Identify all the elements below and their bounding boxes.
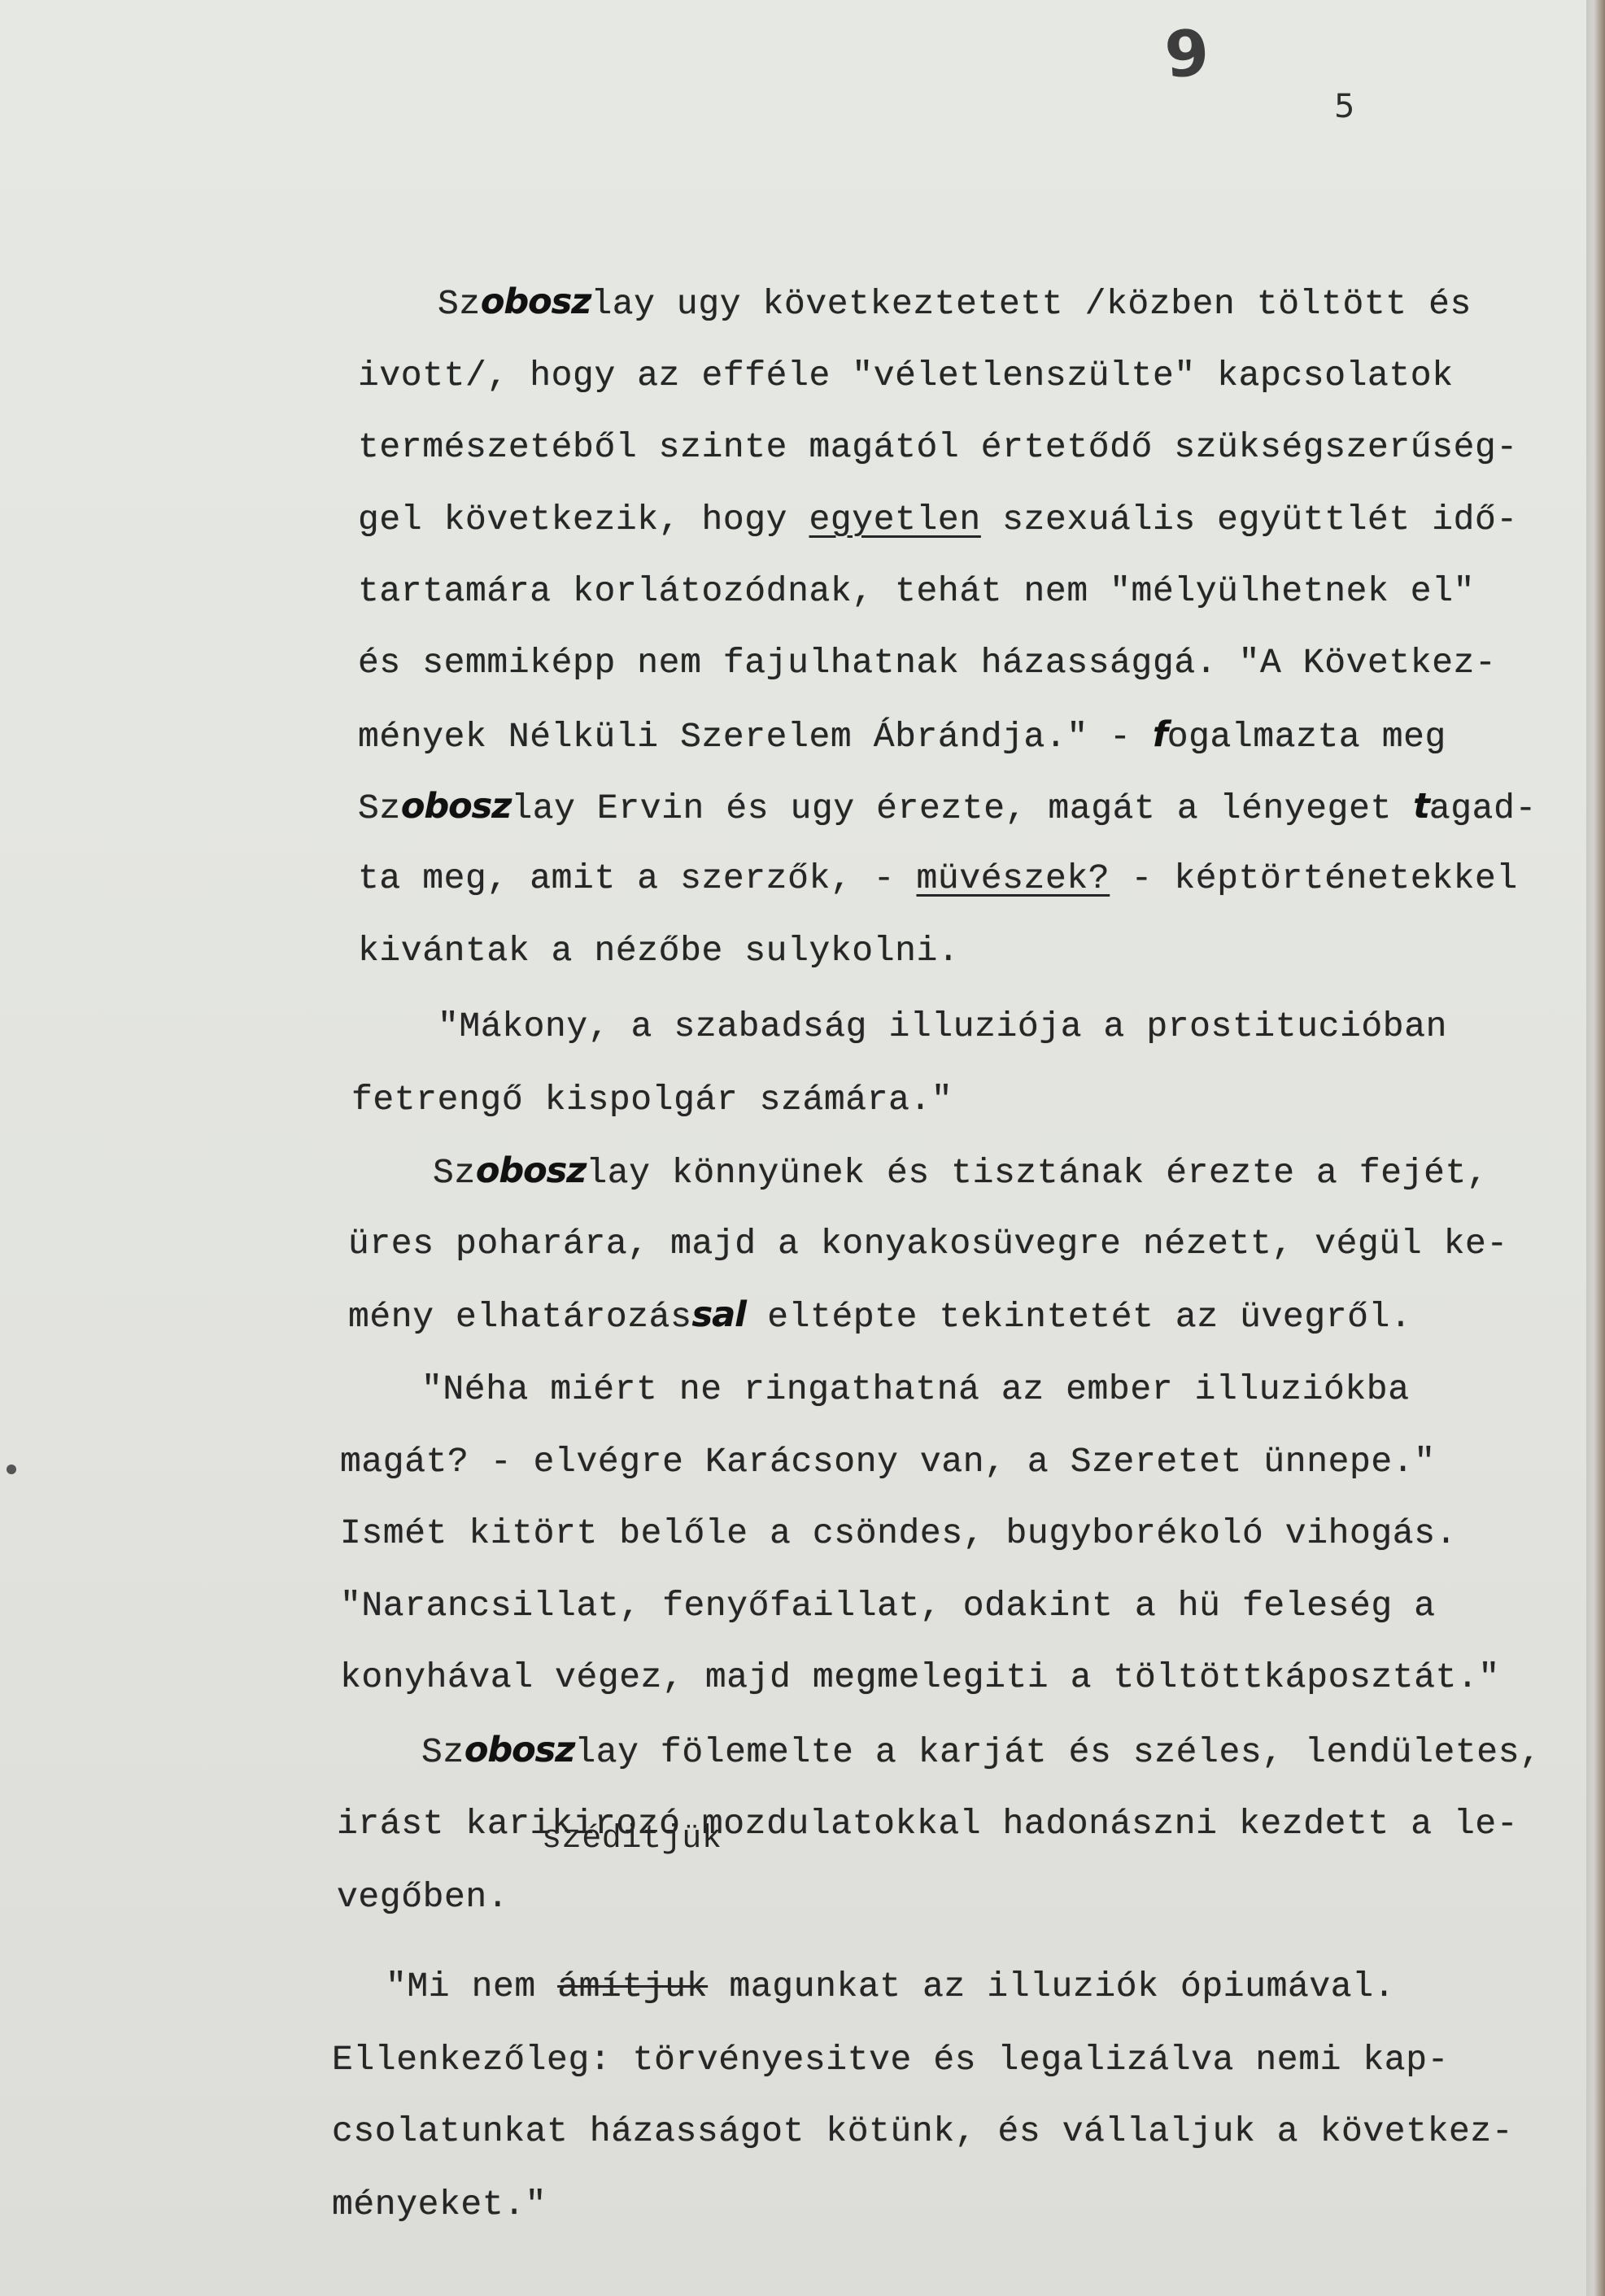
text-line: "Mákony, a szabadság illuziója a prostit…: [438, 1009, 1447, 1044]
text-line: mény elhatározással eltépte tekintetét a…: [348, 1298, 1411, 1334]
interlinear-insertion: széditjük: [542, 1821, 722, 1857]
page-number: 5: [1334, 88, 1354, 125]
typed-text: gel következik, hogy: [358, 500, 809, 539]
text-line: és semmiképp nem fajulhatnak házassággá.…: [358, 645, 1496, 680]
typed-text: szexuális együttlét idő-: [981, 500, 1518, 539]
handwritten-correction: sal: [691, 1294, 745, 1335]
text-line: Szoboszlay fölemelte a karját és széles,…: [421, 1733, 1542, 1770]
handwritten-correction: obosz: [481, 282, 591, 322]
text-line: kivántak a nézőbe sulykolni.: [358, 933, 959, 968]
ink-speck: [7, 1464, 16, 1474]
text-line: ivott/, hogy az efféle "véletlenszülte" …: [358, 358, 1454, 393]
manuscript-page: 9 5 Szoboszlay ugy következtetett /közbe…: [0, 0, 1586, 2296]
typed-text: lay ugy következtetett /közben töltött é…: [591, 284, 1472, 324]
handwritten-correction: obosz: [401, 786, 512, 827]
text-line: csolatunkat házasságot kötünk, és vállal…: [332, 2114, 1513, 2149]
typed-text: agad-: [1429, 788, 1537, 828]
text-line: vegőben.: [337, 1879, 508, 1914]
text-line: irást karikirozó mozdulatokkal hadonászn…: [337, 1806, 1518, 1841]
typed-text: Sz: [421, 1732, 464, 1772]
typed-text: lay fölemelte a karját és széles, lendül…: [574, 1732, 1541, 1772]
text-line: konyhával végez, majd megmelegiti a tölt…: [340, 1660, 1500, 1695]
text-line: természetéből szinte magától értetődő sz…: [358, 430, 1518, 465]
typed-text: Sz: [358, 788, 401, 828]
text-line: "Mi nem ámítjuk magunkat az illuziók ópi…: [386, 1969, 1395, 2004]
typed-text: magunkat az illuziók ópiumával.: [708, 1966, 1395, 2006]
underlined-word: müvészek?: [917, 858, 1110, 898]
typed-text: Sz: [438, 284, 481, 324]
typed-text: mény elhatározás: [348, 1297, 691, 1337]
handwritten-correction: obosz: [476, 1150, 587, 1191]
archive-number: 9: [1162, 16, 1211, 93]
text-line: magát? - elvégre Karácsony van, a Szeret…: [340, 1444, 1436, 1479]
text-line: Szoboszlay Ervin és ugy érezte, magát a …: [358, 789, 1537, 826]
typed-text: ogalmazta meg: [1167, 717, 1446, 757]
typed-text: ta meg, amit a szerzők, -: [358, 858, 917, 898]
typed-text: - képtörténetekkel: [1110, 858, 1518, 898]
text-line: gel következik, hogy egyetlen szexuális …: [358, 502, 1518, 537]
text-line: fetrengő kispolgár számára.": [351, 1082, 953, 1117]
text-line: "Narancsillat, fenyőfaillat, odakint a h…: [340, 1588, 1436, 1623]
typed-text: eltépte tekintetét az üvegről.: [746, 1297, 1412, 1337]
handwritten-correction: t: [1413, 786, 1429, 827]
text-line: Szoboszlay ugy következtetett /közben tö…: [438, 285, 1472, 321]
text-line: "Néha miért ne ringathatná az ember illu…: [421, 1372, 1410, 1407]
typed-text: lay Ervin és ugy érezte, magát a lényege…: [511, 788, 1413, 828]
underlined-word: egyetlen: [809, 500, 981, 539]
text-line: tartamára korlátozódnak, tehát nem "mély…: [358, 574, 1475, 609]
typed-text: mények Nélküli Szerelem Ábrándja." -: [358, 717, 1153, 757]
text-line: Szoboszlay könnyünek és tisztának érezte…: [433, 1154, 1488, 1190]
struck-word: ámítjuk: [557, 1966, 708, 2006]
handwritten-correction: obosz: [464, 1730, 575, 1770]
typed-text: Sz: [433, 1153, 476, 1193]
text-line: üres poharára, majd a konyakosüvegre néz…: [348, 1226, 1508, 1261]
text-line: Ellenkezőleg: törvényesitve és legalizál…: [332, 2042, 1449, 2077]
handwritten-correction: f: [1153, 714, 1167, 755]
typed-text: lay könnyünek és tisztának érezte a fejé…: [586, 1153, 1488, 1193]
typed-text: "Mi nem: [386, 1966, 557, 2006]
text-line: ta meg, amit a szerzők, - müvészek? - ké…: [358, 861, 1518, 896]
text-line: Ismét kitört belőle a csöndes, bugyborék…: [340, 1516, 1457, 1551]
page-edge: [1586, 0, 1605, 2296]
text-line: ményeket.": [332, 2187, 547, 2222]
text-line: mények Nélküli Szerelem Ábrándja." - fog…: [358, 718, 1446, 754]
